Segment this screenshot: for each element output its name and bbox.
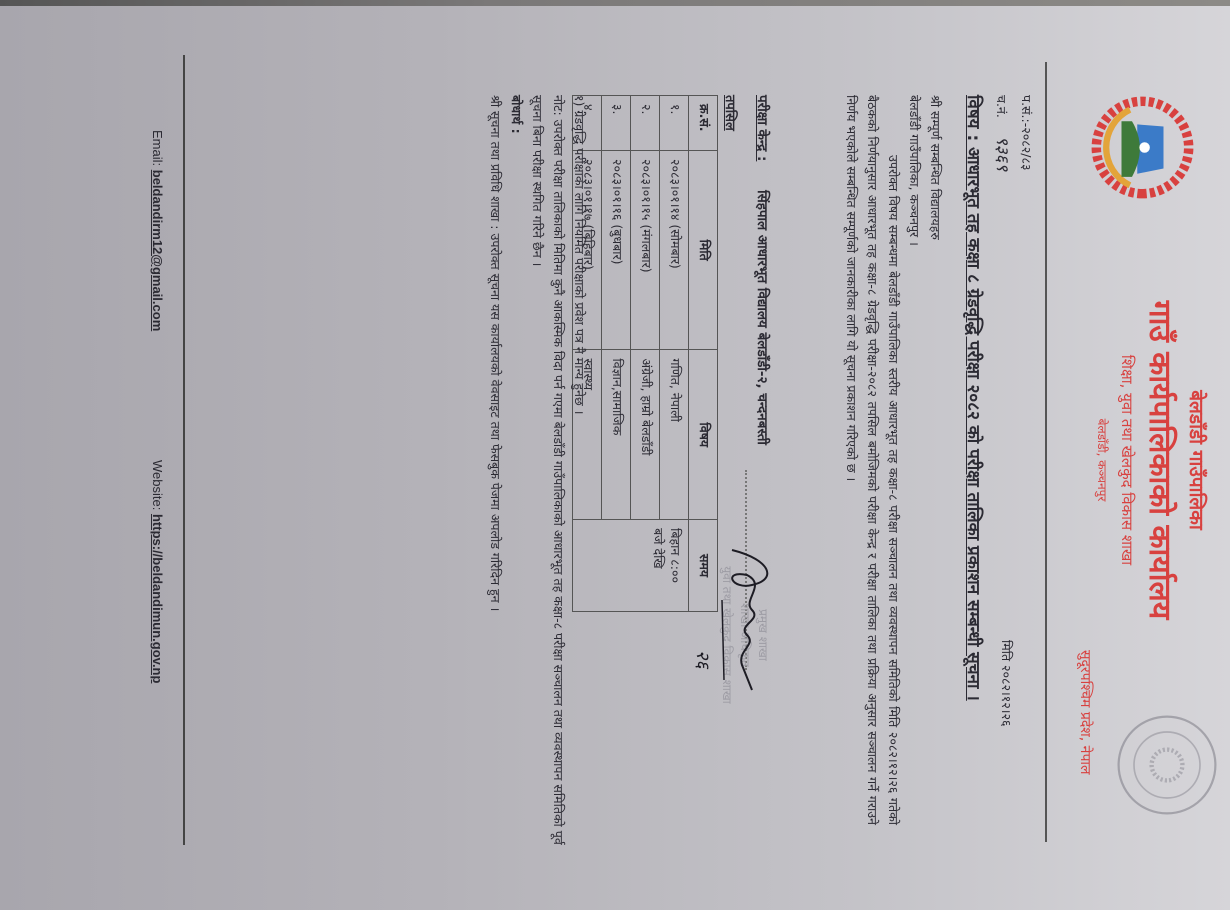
footer-email: Email: beldandirm12@gmail.com [150, 130, 165, 331]
subject-line: विषय : आधारभूत तह कक्षा ८ ग्रेडवृद्धि पर… [963, 95, 986, 701]
cell-subject: विज्ञान,सामाजिक [602, 350, 631, 520]
branch-name: शिक्षा, युवा तथा खेलकुद विकास शाखा [1117, 200, 1137, 720]
cell-date: २०८३।०१।१६ (बुधबार) [602, 150, 631, 349]
cell-serial: १. [660, 96, 689, 151]
exam-centre-value: सिंहपाल आधारभूत विद्यालय बेलडाँडी-२, चन्… [754, 190, 770, 445]
note-2: नोट: उपरोक्त परीक्षा तालिकाको मितिमा कुन… [527, 95, 569, 855]
footer-divider [183, 55, 185, 845]
note-1: १) ग्रेडवृद्धि परीक्षाका लागि नियमित परी… [569, 95, 590, 855]
cell-serial: २. [631, 96, 660, 151]
municipality-logo-icon [1090, 95, 1195, 200]
cell-serial: ३. [602, 96, 631, 151]
body-paragraph: उपरोक्त विषय सम्बन्धमा बेलडाँडी गाउँपालि… [841, 95, 904, 825]
office-address: बेलडाँडी, कञ्चनपुर [1094, 200, 1111, 720]
email-label: Email: [150, 130, 165, 166]
municipality-name: बेलडाँडी गाउँपालिका [1184, 200, 1210, 720]
cell-date: २०८३।०१।१५ (मंगलबार) [631, 150, 660, 349]
dispatch-number: च.नं. ९३६९ [992, 95, 1015, 171]
cc-label: बोधार्थ : [506, 95, 527, 855]
addressee-line-2: बेलडाँडी गाउँपालिका, कञ्चनपुर । [904, 95, 925, 825]
footer-website: Website: https://beldandimun.gov.np [150, 460, 165, 683]
header-date: मिति [689, 150, 718, 349]
exam-centre: परीक्षा केन्द्र : सिंहपाल आधारभूत विद्या… [754, 95, 772, 445]
dispatch-value: ९३६९ [992, 136, 1012, 171]
time-line-2: बजे देखि [650, 528, 667, 603]
letter-number-label: प.सं.: [1019, 95, 1034, 123]
header-serial: क्र.सं. [689, 96, 718, 151]
header-subject: विषय [689, 350, 718, 520]
table-header-row: क्र.सं. मिति विषय समय [689, 96, 718, 612]
letter-number-value: -२०८२/८३ [1019, 123, 1034, 171]
header-time: समय [689, 520, 718, 612]
addressee-line-1: श्री सम्पूर्ण सम्बन्धित विद्यालयहरु [925, 95, 946, 825]
cell-subject: अंग्रेजी, हाम्रो बेलडाँडी [631, 350, 660, 520]
email-link[interactable]: beldandirm12@gmail.com [150, 170, 165, 332]
notes-section: १) ग्रेडवृद्धि परीक्षाका लागि नियमित परी… [485, 95, 590, 855]
office-stamp-icon [1112, 710, 1222, 820]
cell-date: २०८३।०१।१४ (सोमबार) [660, 150, 689, 349]
letter-date: मिति २०८२।१२।२६ [998, 640, 1015, 727]
exam-centre-label: परीक्षा केन्द्र : [754, 95, 770, 161]
office-name: गाउँ कार्यपालिकाको कार्यालय [1141, 200, 1182, 720]
cell-subject: गणित, नेपाली [660, 350, 689, 520]
cc-text: श्री सूचना तथा प्रविधि शाखा : उपरोक्त सू… [485, 95, 506, 855]
schedule-label: तपसिल [722, 95, 740, 131]
website-label: Website: [150, 460, 165, 510]
dispatch-label: च.नं. [994, 95, 1009, 118]
letter-body: श्री सम्पूर्ण सम्बन्धित विद्यालयहरु बेलड… [841, 95, 946, 825]
letterhead: बेलडाँडी गाउँपालिका गाउँ कार्यपालिकाको क… [1094, 200, 1210, 720]
signature-day: २६ [692, 650, 713, 670]
notice-page: बेलडाँडी गाउँपालिका गाउँ कार्यपालिकाको क… [0, 0, 1230, 910]
exam-schedule-table: क्र.सं. मिति विषय समय १. २०८३।०१।१४ (सोम… [572, 95, 718, 612]
document-photo: बेलडाँडी गाउँपालिका गाउँ कार्यपालिकाको क… [0, 0, 1230, 910]
table-row: १. २०८३।०१।१४ (सोमबार) गणित, नेपाली बिहा… [660, 96, 689, 612]
letter-number: प.सं.:-२०८२/८३ [1018, 95, 1035, 170]
header-divider [1045, 62, 1047, 842]
time-line-1: बिहान ८:०० [667, 528, 684, 603]
province-name: सुदूरपश्चिम प्रदेश, नेपाल [1076, 650, 1095, 775]
website-link[interactable]: https://beldandimun.gov.np [150, 514, 165, 683]
